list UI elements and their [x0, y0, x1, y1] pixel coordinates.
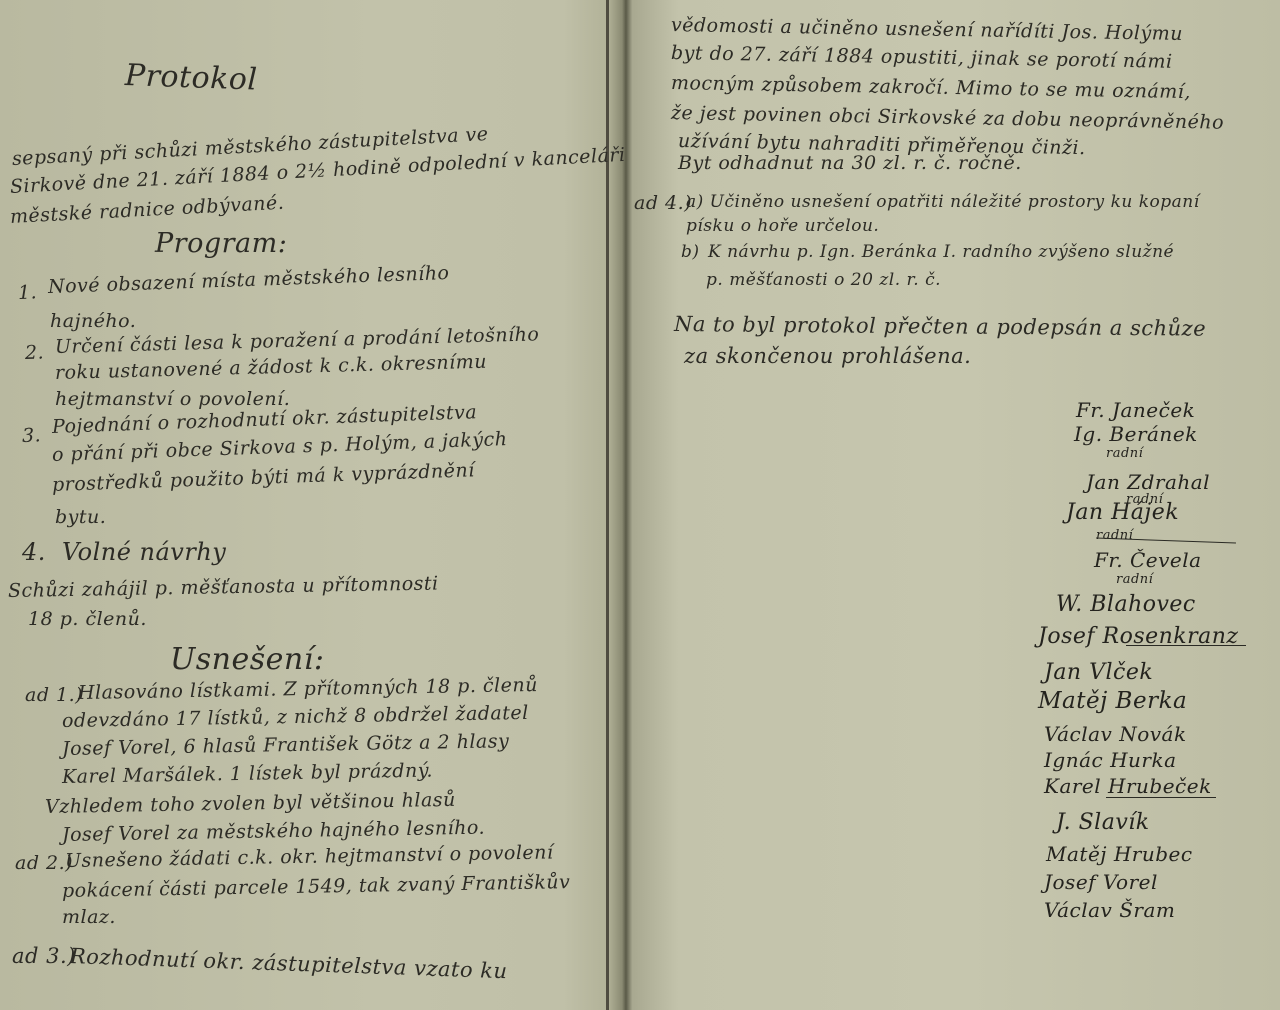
signature: W. Blahovec [1056, 592, 1196, 617]
left-page: Protokol sepsaný při schůzi městského zá… [0, 0, 620, 1010]
signature-flourish [1126, 645, 1246, 646]
resolution-4b: p. měšťanosti o 20 zl. r. č. [706, 270, 941, 290]
signature: Karel Hrubeček [1044, 774, 1212, 798]
resolution-1: Hlasováno lístkami. Z přítomných 18 p. č… [78, 674, 538, 704]
closing-line: za skončenou prohlášena. [684, 344, 971, 368]
signature: Josef Vorel [1044, 870, 1158, 894]
signature: Jan Zdrahal [1086, 470, 1210, 494]
resolution-1: odevzdáno 17 lístků, z nichž 8 obdržel ž… [62, 702, 529, 732]
resolution-4b: K návrhu p. Ign. Beránka I. radního zvýš… [708, 242, 1174, 262]
opening-line: Schůzi zahájil p. měšťanosta u přítomnos… [8, 572, 439, 602]
signature-flourish [1106, 797, 1216, 798]
resolution-1: Josef Vorel za městského hajného lesního… [62, 817, 485, 846]
resolution-4a: písku o hoře určelou. [686, 216, 879, 236]
signature: Jan Hájek [1066, 500, 1179, 525]
program-item-2-num: 2. [25, 342, 45, 364]
program-item-1: hajného. [50, 310, 136, 332]
signature-role: radní [1106, 446, 1143, 461]
signature: Václav Novák [1044, 722, 1187, 746]
program-item-3: prostředků použito býti má k vyprázdnění [52, 459, 475, 496]
continuation-line: vědomosti a učiněno usnešení nařídíti Jo… [671, 14, 1183, 45]
resolution-3-label: ad 3.) [12, 944, 76, 968]
program-item-2: hejtmanství o povolení. [55, 388, 290, 410]
program-item-3-num: 3. [22, 424, 42, 447]
opening-line: 18 p. členů. [28, 608, 147, 630]
resolution-1: Josef Vorel, 6 hlasů František Götz a 2 … [62, 730, 510, 760]
signature: Matěj Hrubec [1046, 842, 1193, 866]
resolution-4a: a) Učiněno usnešení opatřiti náležité pr… [686, 192, 1200, 212]
resolution-2: mlaz. [62, 906, 116, 928]
continuation-line: byt do 27. září 1884 opustiti, jinak se … [671, 42, 1173, 73]
signature: Václav Šram [1044, 898, 1175, 922]
continuation-line: mocným způsobem zakročí. Mimo to se mu o… [671, 72, 1191, 103]
signature: J. Slavík [1056, 810, 1150, 835]
document-title: Protokol [124, 58, 258, 98]
resolutions-heading: Usnešení: [170, 642, 324, 677]
resolution-1: Karel Maršálek. 1 lístek byl prázdný. [62, 760, 433, 788]
intro-line: městské radnice odbývané. [9, 192, 284, 228]
program-item-4: Volné návrhy [62, 538, 226, 566]
resolution-2: pokácení části parcele 1549, tak zvaný F… [62, 871, 571, 902]
signature: Ig. Beránek [1074, 422, 1198, 446]
signature: Jan Vlček [1044, 660, 1153, 685]
signature-role: radní [1096, 528, 1133, 543]
resolution-4b-label: b) [681, 242, 700, 262]
resolution-3: Rozhodnutí okr. zástupitelstva vzato ku [70, 944, 508, 983]
right-page: vědomosti a učiněno usnešení nařídíti Jo… [626, 0, 1280, 1010]
signature: Fr. Čevela [1094, 548, 1202, 572]
closing-line: Na to byl protokol přečten a podepsán a … [674, 312, 1206, 341]
continuation-line: Byt odhadnut na 30 zl. r. č. ročně. [678, 152, 1022, 174]
program-item-1: Nové obsazení místa městského lesního [48, 262, 450, 298]
signature: Matěj Berka [1038, 688, 1187, 714]
resolution-4-label: ad 4.) [634, 192, 692, 214]
signature-role: radní [1116, 572, 1153, 587]
program-item-1-num: 1. [18, 281, 38, 304]
program-item-3: bytu. [55, 506, 106, 528]
signature: Ignác Hurka [1044, 748, 1177, 772]
open-ledger: Protokol sepsaný při schůzi městského zá… [0, 0, 1280, 1010]
signature: Fr. Janeček [1076, 398, 1195, 422]
resolution-1: Vzhledem toho zvolen byl většinou hlasů [45, 789, 456, 818]
program-heading: Program: [155, 228, 287, 259]
resolution-1-label: ad 1.) [25, 684, 83, 706]
continuation-line: že jest povinen obci Sirkovské za dobu n… [671, 102, 1224, 134]
program-item-4-num: 4. [22, 538, 46, 566]
resolution-2: Usnešeno žádati c.k. okr. hejtmanství o … [65, 841, 554, 872]
